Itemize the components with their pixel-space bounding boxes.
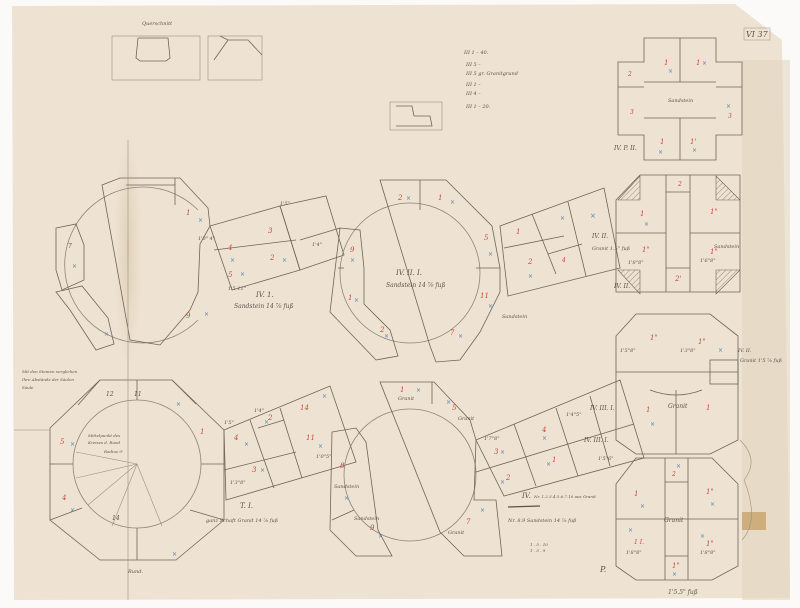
svg-text:2: 2 xyxy=(269,254,275,262)
svg-text:2: 2 xyxy=(677,181,682,188)
svg-text:1: 1 xyxy=(706,404,710,412)
svg-text:5: 5 xyxy=(452,404,457,412)
dimension: 1'7"8" xyxy=(484,436,500,442)
svg-text:5: 5 xyxy=(484,234,489,242)
svg-text:×: × xyxy=(446,399,451,406)
svg-text:4: 4 xyxy=(561,257,566,264)
svg-text:1: 1 xyxy=(640,210,644,218)
svg-text:×: × xyxy=(676,463,681,470)
svg-text:1": 1" xyxy=(710,248,718,256)
svg-text:×: × xyxy=(172,551,177,558)
svg-text:×: × xyxy=(480,507,485,514)
plan-caption: 1'5.5" fuß xyxy=(668,589,698,596)
svg-text:×: × xyxy=(240,271,245,278)
svg-text:1: 1 xyxy=(200,428,204,436)
plan-caption: Granit 1'5 ⅞ fuß xyxy=(740,358,782,364)
plan-label: Granit xyxy=(668,403,688,410)
svg-text:×: × xyxy=(204,311,209,318)
svg-text:×: × xyxy=(668,68,673,75)
svg-text:×: × xyxy=(378,533,383,540)
svg-text:×: × xyxy=(546,461,551,468)
svg-text:8: 8 xyxy=(340,462,345,470)
plan-caption: Sandstein 14 ⅞ fuß xyxy=(386,282,445,289)
svg-text:4: 4 xyxy=(541,426,546,434)
svg-text:×: × xyxy=(590,212,596,220)
svg-text:9: 9 xyxy=(186,312,191,320)
svg-text:1": 1" xyxy=(672,562,680,570)
svg-text:1": 1" xyxy=(706,540,714,548)
svg-text:14: 14 xyxy=(112,515,120,522)
svg-text:×: × xyxy=(198,217,203,224)
side-label: Sandstein xyxy=(502,314,527,320)
svg-text:×: × xyxy=(650,421,655,428)
legend-line: III 5 – xyxy=(465,62,481,68)
dimension: 1'5"8" xyxy=(620,348,636,354)
svg-text:×: × xyxy=(416,387,421,394)
svg-text:4: 4 xyxy=(233,434,238,442)
margin-note-line: Säule xyxy=(22,385,34,390)
svg-text:7: 7 xyxy=(450,329,455,337)
svg-text:2: 2 xyxy=(627,71,632,78)
legend-line: III 1 – 40. xyxy=(463,50,489,56)
bottom-label: Rund. xyxy=(127,569,143,575)
plan-title: IV. II. xyxy=(737,348,752,354)
svg-text:1: 1 xyxy=(664,59,668,67)
svg-text:×: × xyxy=(500,449,505,456)
svg-text:3: 3 xyxy=(494,448,499,456)
center-note-line: Mittelpunkt des xyxy=(87,433,120,438)
svg-text:×: × xyxy=(500,479,505,486)
inventory-number: VI 37 xyxy=(746,30,769,39)
plan-label: Sandstein xyxy=(334,484,359,490)
svg-text:×: × xyxy=(70,441,75,448)
svg-text:×: × xyxy=(718,347,723,354)
svg-text:1: 1 xyxy=(186,209,190,217)
svg-text:3: 3 xyxy=(268,227,273,235)
svg-text:1": 1" xyxy=(642,246,650,254)
dimension: 1'5 11" xyxy=(228,286,246,292)
svg-text:×: × xyxy=(350,257,355,264)
dimension: 1'3"8" xyxy=(680,348,696,354)
svg-text:1: 1 xyxy=(438,194,442,202)
svg-text:1: 1 xyxy=(634,490,638,498)
plan-label: Granit xyxy=(458,416,475,422)
svg-text:11: 11 xyxy=(480,292,489,300)
cross-section-label: Querschnitt xyxy=(142,21,173,27)
svg-text:1 . 5 . 9: 1 . 5 . 9 xyxy=(530,548,546,553)
svg-text:×: × xyxy=(450,199,455,206)
svg-text:2: 2 xyxy=(671,471,676,478)
plan-title: T. I. xyxy=(240,502,253,510)
svg-text:1": 1" xyxy=(706,488,714,496)
svg-text:×: × xyxy=(710,501,715,508)
plan-title: IV. 1. xyxy=(255,291,274,299)
svg-text:1: 1 xyxy=(348,294,352,302)
center-note-line: Kreises d. Rund xyxy=(87,440,121,445)
svg-text:1 I.: 1 I. xyxy=(634,539,644,546)
svg-text:×: × xyxy=(560,215,565,222)
svg-text:3: 3 xyxy=(728,113,732,120)
svg-text:4: 4 xyxy=(227,244,232,252)
svg-text:12: 12 xyxy=(106,391,114,398)
svg-text:×: × xyxy=(70,507,75,514)
svg-text:×: × xyxy=(384,333,389,340)
dimension: 1'5"6" xyxy=(598,456,614,462)
svg-text:×: × xyxy=(692,147,697,154)
corner-letter: P. xyxy=(599,565,606,574)
dimension: 1'4" xyxy=(312,242,322,248)
dimension: 1'0"5" xyxy=(316,454,332,460)
svg-text:11: 11 xyxy=(134,391,142,398)
dimension: 1'8"8" xyxy=(700,550,716,556)
svg-text:×: × xyxy=(406,195,411,202)
plan-title: IV. II. I. xyxy=(395,269,422,277)
dimension: 1'4"5" xyxy=(566,412,582,418)
plan-caption: Sandstein 14 ⅞ fuß xyxy=(234,303,293,310)
svg-text:×: × xyxy=(672,571,677,578)
svg-text:×: × xyxy=(176,401,181,408)
svg-text:1": 1" xyxy=(710,208,718,216)
legend-line: III 4 – xyxy=(465,91,481,97)
dimension: 1'5" xyxy=(224,420,234,426)
dimension: 1'6"8" xyxy=(700,258,716,264)
plan-caption-line: Nr. 1.2.3.4.5.6.7.10 aus Granit xyxy=(533,494,596,499)
svg-text:5: 5 xyxy=(60,438,65,446)
svg-text:9: 9 xyxy=(370,524,375,532)
svg-text:1: 1 xyxy=(400,386,404,394)
svg-text:×: × xyxy=(230,257,235,264)
svg-text:×: × xyxy=(282,257,287,264)
svg-text:×: × xyxy=(72,263,77,270)
svg-text:9: 9 xyxy=(350,246,355,254)
svg-text:×: × xyxy=(104,331,109,338)
svg-text:×: × xyxy=(528,273,533,280)
legend-line: III 1 – 20. xyxy=(465,104,491,110)
dimension: 1'8"8" xyxy=(626,550,642,556)
svg-text:14: 14 xyxy=(300,404,309,412)
svg-text:2': 2' xyxy=(674,275,681,283)
svg-text:×: × xyxy=(700,533,705,540)
svg-text:1 . 5 . 10: 1 . 5 . 10 xyxy=(530,542,548,547)
plan-label: Granit xyxy=(448,530,465,536)
svg-text:×: × xyxy=(488,251,493,258)
svg-text:1: 1 xyxy=(660,138,664,146)
plan-title: IV. P. II. xyxy=(613,145,637,152)
plan-label: Granit xyxy=(664,517,684,524)
svg-text:×: × xyxy=(244,441,249,448)
plan-label: Granit xyxy=(398,396,415,402)
svg-text:×: × xyxy=(318,443,323,450)
svg-text:1: 1 xyxy=(552,456,556,464)
center-note-line: Radius 9' xyxy=(103,449,123,454)
svg-text:1": 1" xyxy=(650,334,658,342)
svg-text:1: 1 xyxy=(696,59,700,67)
svg-text:×: × xyxy=(644,221,649,228)
svg-text:1: 1 xyxy=(516,228,520,236)
svg-text:1: 1 xyxy=(646,406,650,414)
plan-caption: Granit 1.5" fuß xyxy=(592,246,630,252)
svg-text:1": 1" xyxy=(698,338,706,346)
svg-text:3: 3 xyxy=(630,109,634,116)
legend-line: III 5 gr. Granitgrund xyxy=(465,71,518,77)
svg-text:7: 7 xyxy=(68,243,72,250)
tape-remnant xyxy=(742,512,766,530)
plan-caption: ganz Schaft Granit 14 ⅞ fuß xyxy=(206,518,278,524)
svg-text:×: × xyxy=(628,527,633,534)
svg-text:×: × xyxy=(458,333,463,340)
svg-text:×: × xyxy=(658,149,663,156)
legend-line: III 1 – xyxy=(465,82,481,88)
plan-subtitle: IV. III. I. xyxy=(583,437,609,444)
svg-text:×: × xyxy=(640,503,645,510)
plan-label: Sandstein xyxy=(668,98,693,104)
svg-text:2: 2 xyxy=(397,194,403,202)
svg-text:×: × xyxy=(726,103,731,110)
plan-title: IV. II. xyxy=(613,283,630,290)
svg-text:×: × xyxy=(264,419,269,426)
svg-text:11: 11 xyxy=(306,434,315,442)
plan-title: IV. xyxy=(521,492,531,500)
dimension: 1'8"8" xyxy=(628,260,644,266)
dimension: 1'5" xyxy=(280,201,290,207)
svg-text:5: 5 xyxy=(228,271,233,279)
architectural-drawing-sheet: VI 37 Querschnitt III 1 – 40. III 5 – II… xyxy=(0,0,800,608)
dimension: 1'0" 4" xyxy=(198,236,215,242)
svg-text:7: 7 xyxy=(466,518,471,526)
plan-title: IV. II. xyxy=(591,233,608,240)
margin-note-line: Mit den Steinen verglichen xyxy=(21,369,78,374)
plan-label: Sandstein xyxy=(354,516,379,522)
svg-text:×: × xyxy=(488,303,493,310)
svg-text:×: × xyxy=(344,495,349,502)
dimension: 1'3"8" xyxy=(230,480,246,486)
svg-text:3: 3 xyxy=(252,466,257,474)
plan-title: IV. III. I. xyxy=(589,405,615,412)
svg-text:×: × xyxy=(542,435,547,442)
dimension: 1'4" xyxy=(254,408,264,414)
svg-text:4: 4 xyxy=(61,494,66,502)
svg-text:×: × xyxy=(322,393,327,400)
svg-text:2: 2 xyxy=(527,258,533,266)
plan-caption-line: Nr. 8.9 Sandstein 14 ⅞ fuß xyxy=(507,518,577,524)
svg-text:×: × xyxy=(702,60,707,67)
svg-text:×: × xyxy=(260,467,265,474)
svg-text:2: 2 xyxy=(505,474,511,482)
margin-note-line: Ihre Abstände der Säulen xyxy=(21,377,74,382)
plan-label: Sandstein xyxy=(714,244,739,250)
svg-text:×: × xyxy=(354,297,359,304)
svg-text:1': 1' xyxy=(690,138,696,146)
